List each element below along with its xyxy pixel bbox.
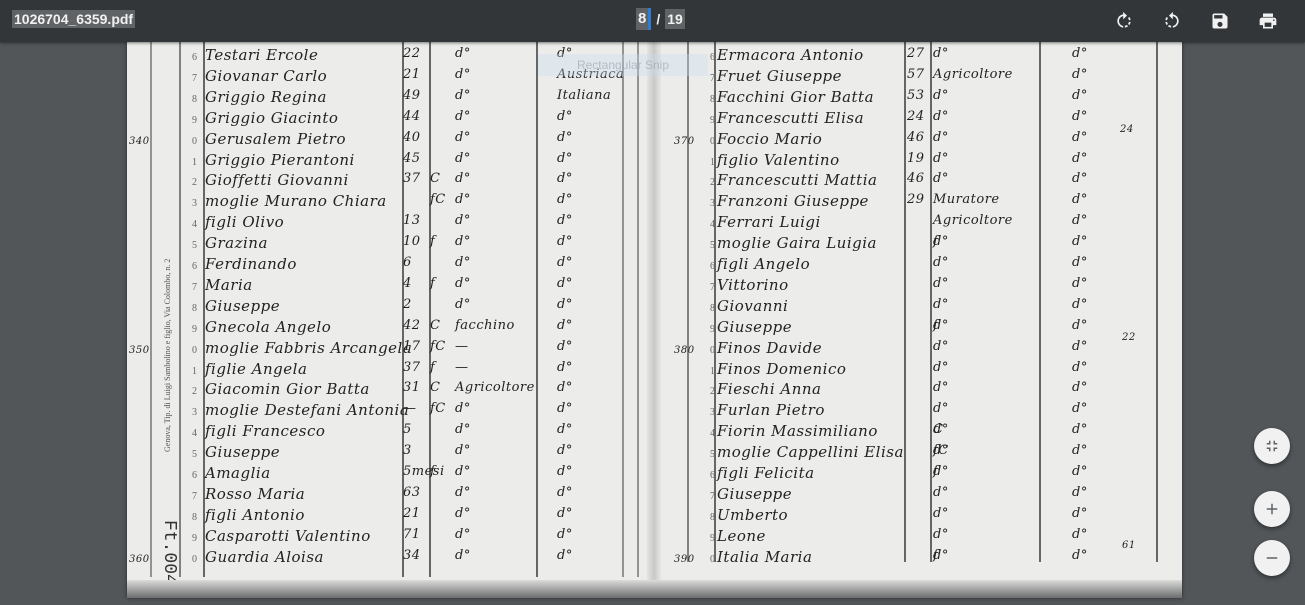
person-nationality: d° bbox=[1072, 67, 1088, 82]
person-age: 49 bbox=[403, 88, 421, 103]
document-title: 1026704_6359.pdf bbox=[12, 10, 135, 28]
row-number: 0 bbox=[693, 554, 715, 565]
person-nationality: d° bbox=[557, 527, 573, 542]
person-nationality: d° bbox=[1072, 255, 1088, 270]
person-age: 45 bbox=[403, 151, 421, 166]
person-age: 46 bbox=[907, 130, 925, 145]
row-range-marker: 340 bbox=[129, 136, 150, 147]
person-occupation: d° bbox=[455, 46, 471, 61]
person-sex-marital: fC bbox=[430, 192, 446, 207]
row-number: 5 bbox=[175, 240, 197, 251]
person-nationality: d° bbox=[1072, 318, 1088, 333]
person-occupation: d° bbox=[455, 548, 471, 563]
person-occupation: d° bbox=[933, 234, 949, 249]
rule-line bbox=[1039, 42, 1041, 562]
person-nationality: d° bbox=[557, 485, 573, 500]
person-nationality: d° bbox=[1072, 130, 1088, 145]
person-age: 21 bbox=[403, 67, 421, 82]
person-occupation: d° bbox=[933, 318, 949, 333]
person-name: Gnecola Angelo bbox=[205, 318, 331, 336]
person-occupation: d° bbox=[933, 548, 949, 563]
person-nationality: d° bbox=[1072, 234, 1088, 249]
person-name: Leone bbox=[717, 527, 766, 545]
person-name: figlie Angela bbox=[205, 360, 307, 378]
row-number: 0 bbox=[693, 136, 715, 147]
row-number: 6 bbox=[693, 470, 715, 481]
person-occupation: d° bbox=[455, 276, 471, 291]
person-sex-marital: fC bbox=[430, 339, 446, 354]
person-nationality: d° bbox=[1072, 380, 1088, 395]
person-nationality: d° bbox=[1072, 171, 1088, 186]
person-occupation: d° bbox=[455, 192, 471, 207]
person-name: Umberto bbox=[717, 506, 788, 524]
person-nationality: d° bbox=[1072, 213, 1088, 228]
person-nationality: d° bbox=[557, 297, 573, 312]
person-occupation: d° bbox=[455, 443, 471, 458]
minus-icon bbox=[1263, 549, 1281, 567]
person-age: 17 bbox=[403, 339, 421, 354]
person-name: Furlan Pietro bbox=[717, 401, 825, 419]
person-nationality: d° bbox=[1072, 88, 1088, 103]
person-occupation: d° bbox=[455, 485, 471, 500]
person-occupation: d° bbox=[455, 255, 471, 270]
person-nationality: d° bbox=[557, 151, 573, 166]
person-nationality: d° bbox=[557, 339, 573, 354]
pdf-page: Genova, Tip. di Luigi Sambolino e figlio… bbox=[127, 42, 1182, 598]
person-nationality: d° bbox=[557, 213, 573, 228]
person-age: 22 bbox=[403, 46, 421, 61]
person-name: figli Felicita bbox=[717, 464, 815, 482]
row-range-marker: 350 bbox=[129, 345, 150, 356]
person-sex-marital: f bbox=[430, 464, 435, 479]
rotate-cw-icon bbox=[1114, 11, 1134, 31]
person-nationality: d° bbox=[557, 506, 573, 521]
person-occupation: d° bbox=[455, 422, 471, 437]
person-occupation: d° bbox=[455, 130, 471, 145]
person-occupation: d° bbox=[455, 171, 471, 186]
person-name: Finos Davide bbox=[717, 339, 822, 357]
current-page-input[interactable]: 8 bbox=[636, 8, 648, 30]
person-name: Ferrari Luigi bbox=[717, 213, 821, 231]
person-nationality: d° bbox=[557, 464, 573, 479]
person-age: 40 bbox=[403, 130, 421, 145]
rotate-counterclockwise-button[interactable] bbox=[1159, 8, 1185, 34]
person-name: Ermacora Antonio bbox=[717, 46, 864, 64]
person-occupation: d° bbox=[933, 443, 949, 458]
person-name: figli Francesco bbox=[205, 422, 325, 440]
person-nationality: d° bbox=[557, 380, 573, 395]
row-number: 9 bbox=[175, 324, 197, 335]
person-age: 53 bbox=[907, 88, 925, 103]
fit-page-icon bbox=[1263, 437, 1281, 455]
page-gutter bbox=[647, 42, 661, 598]
person-nationality: d° bbox=[557, 192, 573, 207]
person-name: Guardia Aloisa bbox=[205, 548, 324, 566]
rule-line bbox=[150, 42, 152, 577]
print-icon bbox=[1258, 11, 1278, 31]
person-age: 10 bbox=[403, 234, 421, 249]
row-number: 7 bbox=[693, 282, 715, 293]
row-number: 8 bbox=[175, 94, 197, 105]
person-name: moglie Destefani Antonia bbox=[205, 401, 409, 419]
person-nationality: d° bbox=[1072, 109, 1088, 124]
person-name: Fruet Giuseppe bbox=[717, 67, 842, 85]
person-name: Griggio Regina bbox=[205, 88, 327, 106]
person-sex-marital: C bbox=[430, 171, 440, 186]
person-name: Fiorin Massimiliano bbox=[717, 422, 878, 440]
person-nationality: d° bbox=[1072, 485, 1088, 500]
save-icon bbox=[1210, 11, 1230, 31]
person-age: 37 bbox=[403, 171, 421, 186]
person-name: Gerusalem Pietro bbox=[205, 130, 346, 148]
person-occupation: d° bbox=[933, 464, 949, 479]
person-occupation: d° bbox=[933, 297, 949, 312]
person-occupation: d° bbox=[933, 88, 949, 103]
person-occupation: Agricoltore bbox=[455, 380, 535, 395]
row-number: 3 bbox=[693, 198, 715, 209]
person-sex-marital: C bbox=[430, 318, 440, 333]
rule-line bbox=[687, 42, 689, 562]
page-separator: / bbox=[656, 11, 660, 27]
person-nationality: d° bbox=[1072, 401, 1088, 416]
plus-icon bbox=[1263, 500, 1281, 518]
person-sex-marital: f bbox=[430, 276, 435, 291]
person-age: 63 bbox=[403, 485, 421, 500]
snip-overlay: Rectangular Snip bbox=[538, 54, 708, 76]
person-occupation: Agricoltore bbox=[933, 213, 1013, 228]
person-name: Foccio Mario bbox=[717, 130, 822, 148]
person-nationality: d° bbox=[1072, 527, 1088, 542]
person-name: Rosso Maria bbox=[205, 485, 305, 503]
person-age: 46 bbox=[907, 171, 925, 186]
person-name: figli Antonio bbox=[205, 506, 305, 524]
person-nationality: d° bbox=[1072, 360, 1088, 375]
row-number: 4 bbox=[693, 219, 715, 230]
person-occupation: d° bbox=[455, 88, 471, 103]
row-number: 1 bbox=[693, 157, 715, 168]
person-nationality: d° bbox=[557, 255, 573, 270]
fit-to-page-button[interactable] bbox=[1254, 428, 1290, 464]
row-number: 8 bbox=[693, 512, 715, 523]
margin-note: 22 bbox=[1122, 332, 1136, 343]
person-name: Finos Domenico bbox=[717, 360, 846, 378]
person-name: figli Olivo bbox=[205, 213, 284, 231]
row-number: 6 bbox=[175, 261, 197, 272]
row-number: 6 bbox=[693, 261, 715, 272]
person-occupation: d° bbox=[455, 297, 471, 312]
person-name: Francescutti Elisa bbox=[717, 109, 864, 127]
person-occupation: d° bbox=[933, 171, 949, 186]
zoom-in-button[interactable] bbox=[1254, 491, 1290, 527]
row-number: 2 bbox=[175, 177, 197, 188]
person-occupation: d° bbox=[933, 380, 949, 395]
person-nationality: d° bbox=[1072, 192, 1088, 207]
person-occupation: d° bbox=[455, 234, 471, 249]
person-nationality: d° bbox=[557, 443, 573, 458]
row-number: 8 bbox=[175, 303, 197, 314]
person-sex-marital: C bbox=[430, 380, 440, 395]
rotate-clockwise-button[interactable] bbox=[1111, 8, 1137, 34]
person-age: 6 bbox=[403, 255, 412, 270]
person-occupation: — bbox=[455, 360, 469, 375]
person-nationality: d° bbox=[557, 234, 573, 249]
person-name: Maria bbox=[205, 276, 253, 294]
person-name: moglie Cappellini Elisa bbox=[717, 443, 904, 461]
person-age: 44 bbox=[403, 109, 421, 124]
person-nationality: d° bbox=[557, 360, 573, 375]
person-age: 2 bbox=[403, 297, 412, 312]
rule-line bbox=[536, 42, 538, 577]
margin-note: 61 bbox=[1122, 540, 1136, 551]
person-occupation: d° bbox=[933, 255, 949, 270]
person-occupation: d° bbox=[455, 67, 471, 82]
total-pages: 19 bbox=[665, 9, 685, 29]
person-name: Giuseppe bbox=[205, 297, 280, 315]
person-name: Giovanar Carlo bbox=[205, 67, 327, 85]
row-range-marker: 360 bbox=[129, 554, 150, 565]
row-number: 3 bbox=[693, 407, 715, 418]
rule-line bbox=[1156, 42, 1158, 562]
row-number: 4 bbox=[693, 428, 715, 439]
row-number: 9 bbox=[175, 115, 197, 126]
person-age: 27 bbox=[907, 46, 925, 61]
person-name: moglie Murano Chiara bbox=[205, 192, 387, 210]
person-nationality: d° bbox=[1072, 276, 1088, 291]
person-nationality: d° bbox=[557, 171, 573, 186]
person-age: 19 bbox=[907, 151, 925, 166]
row-number: 5 bbox=[693, 240, 715, 251]
person-name: moglie Fabbris Arcangela bbox=[205, 339, 412, 357]
row-number: 5 bbox=[693, 449, 715, 460]
person-name: Giuseppe bbox=[717, 485, 792, 503]
person-age: 42 bbox=[403, 318, 421, 333]
person-nationality: d° bbox=[1072, 464, 1088, 479]
person-age: 24 bbox=[907, 109, 925, 124]
row-number: 5 bbox=[175, 449, 197, 460]
person-name: Giuseppe bbox=[717, 318, 792, 336]
person-occupation: d° bbox=[933, 422, 949, 437]
person-sex-marital: f bbox=[430, 234, 435, 249]
person-nationality: d° bbox=[1072, 548, 1088, 563]
person-occupation: d° bbox=[455, 151, 471, 166]
row-number: 1 bbox=[693, 366, 715, 377]
person-nationality: d° bbox=[557, 401, 573, 416]
row-number: 1 bbox=[175, 366, 197, 377]
rule-line bbox=[930, 42, 932, 562]
person-occupation: d° bbox=[933, 360, 949, 375]
person-name: Italia Maria bbox=[717, 548, 812, 566]
person-age: 13 bbox=[403, 213, 421, 228]
person-nationality: d° bbox=[1072, 151, 1088, 166]
person-name: Amaglia bbox=[205, 464, 271, 482]
person-age: — bbox=[403, 401, 417, 416]
person-nationality: Italiana bbox=[557, 88, 611, 103]
person-occupation: Muratore bbox=[933, 192, 1000, 207]
rule-line bbox=[622, 42, 624, 577]
person-age: 34 bbox=[403, 548, 421, 563]
person-name: Fieschi Anna bbox=[717, 380, 822, 398]
person-nationality: d° bbox=[1072, 443, 1088, 458]
person-sex-marital: fC bbox=[430, 401, 446, 416]
row-number: 7 bbox=[175, 491, 197, 502]
row-number: 8 bbox=[175, 512, 197, 523]
person-occupation: d° bbox=[933, 485, 949, 500]
print-button[interactable] bbox=[1255, 8, 1281, 34]
person-name: Gioffetti Giovanni bbox=[205, 171, 349, 189]
person-name: moglie Gaira Luigia bbox=[717, 234, 877, 252]
person-age: 5 bbox=[403, 422, 412, 437]
person-name: Vittorino bbox=[717, 276, 789, 294]
person-occupation: d° bbox=[933, 401, 949, 416]
download-button[interactable] bbox=[1207, 8, 1233, 34]
person-age: 29 bbox=[907, 192, 925, 207]
person-nationality: d° bbox=[557, 318, 573, 333]
row-number: 6 bbox=[175, 52, 197, 63]
person-occupation: d° bbox=[933, 109, 949, 124]
person-name: figlio Valentino bbox=[717, 151, 840, 169]
person-name: figli Angelo bbox=[717, 255, 810, 273]
person-occupation: d° bbox=[455, 464, 471, 479]
row-number: 9 bbox=[693, 324, 715, 335]
row-range-marker: 390 bbox=[674, 554, 695, 565]
person-nationality: d° bbox=[1072, 339, 1088, 354]
row-number: 8 bbox=[693, 303, 715, 314]
row-number: 2 bbox=[693, 177, 715, 188]
rule-line bbox=[429, 42, 431, 577]
person-occupation: d° bbox=[933, 130, 949, 145]
row-range-marker: 380 bbox=[674, 345, 695, 356]
person-age: 71 bbox=[403, 527, 421, 542]
person-occupation: d° bbox=[455, 401, 471, 416]
row-number: 7 bbox=[175, 282, 197, 293]
row-number: 8 bbox=[693, 94, 715, 105]
person-nationality: d° bbox=[557, 422, 573, 437]
person-occupation: d° bbox=[455, 506, 471, 521]
person-name: Francescutti Mattia bbox=[717, 171, 877, 189]
person-occupation: d° bbox=[933, 506, 949, 521]
person-name: Griggio Pierantoni bbox=[205, 151, 355, 169]
person-name: Casparotti Valentino bbox=[205, 527, 371, 545]
person-nationality: d° bbox=[1072, 506, 1088, 521]
person-occupation: — bbox=[455, 339, 469, 354]
rule-line bbox=[904, 42, 906, 562]
person-name: Testari Ercole bbox=[205, 46, 318, 64]
rotate-ccw-icon bbox=[1162, 11, 1182, 31]
person-occupation: facchino bbox=[455, 318, 515, 333]
row-number: 2 bbox=[175, 386, 197, 397]
person-occupation: d° bbox=[933, 339, 949, 354]
person-occupation: d° bbox=[933, 151, 949, 166]
row-range-marker: 370 bbox=[674, 136, 695, 147]
person-age: 21 bbox=[403, 506, 421, 521]
person-nationality: d° bbox=[1072, 422, 1088, 437]
person-nationality: d° bbox=[557, 130, 573, 145]
rule-line bbox=[637, 42, 639, 577]
row-number: 9 bbox=[693, 533, 715, 544]
row-number: 0 bbox=[175, 345, 197, 356]
person-nationality: d° bbox=[557, 276, 573, 291]
person-nationality: d° bbox=[1072, 297, 1088, 312]
person-age: 31 bbox=[403, 380, 421, 395]
page-selector: 8 / 19 bbox=[636, 7, 685, 31]
person-sex-marital: f bbox=[430, 360, 435, 375]
zoom-out-button[interactable] bbox=[1254, 540, 1290, 576]
row-number: 0 bbox=[693, 345, 715, 356]
person-occupation: d° bbox=[455, 109, 471, 124]
page-bottom-edge bbox=[127, 580, 1182, 598]
row-number: 1 bbox=[175, 157, 197, 168]
row-number: 9 bbox=[693, 115, 715, 126]
row-number: 7 bbox=[693, 491, 715, 502]
person-name: Ferdinando bbox=[205, 255, 297, 273]
person-age: 5mesi bbox=[403, 464, 445, 479]
row-number: 9 bbox=[175, 533, 197, 544]
person-name: Facchini Gior Batta bbox=[717, 88, 874, 106]
row-number: 4 bbox=[175, 428, 197, 439]
person-age: 57 bbox=[907, 67, 925, 82]
printer-imprint: Genova, Tip. di Luigi Sambolino e figlio… bbox=[163, 259, 172, 452]
pdf-toolbar: 1026704_6359.pdf 8 / 19 bbox=[0, 0, 1305, 42]
person-name: Grazina bbox=[205, 234, 268, 252]
person-occupation: d° bbox=[933, 527, 949, 542]
person-occupation: d° bbox=[455, 213, 471, 228]
person-occupation: d° bbox=[933, 46, 949, 61]
row-number: 7 bbox=[175, 73, 197, 84]
row-number: 3 bbox=[175, 198, 197, 209]
person-nationality: d° bbox=[557, 109, 573, 124]
person-occupation: d° bbox=[455, 527, 471, 542]
person-occupation: d° bbox=[933, 276, 949, 291]
row-number: 0 bbox=[175, 554, 197, 565]
person-name: Giuseppe bbox=[205, 443, 280, 461]
person-age: 4 bbox=[403, 276, 412, 291]
row-number: 0 bbox=[175, 136, 197, 147]
margin-note: 24 bbox=[1120, 124, 1134, 135]
person-age: 3 bbox=[403, 443, 412, 458]
row-number: 6 bbox=[175, 470, 197, 481]
row-number: 3 bbox=[175, 407, 197, 418]
person-name: Griggio Giacinto bbox=[205, 109, 338, 127]
person-name: Giacomin Gior Batta bbox=[205, 380, 370, 398]
row-number: 4 bbox=[175, 219, 197, 230]
person-nationality: d° bbox=[1072, 46, 1088, 61]
person-nationality: d° bbox=[557, 548, 573, 563]
person-name: Giovanni bbox=[717, 297, 788, 315]
person-age: 37 bbox=[403, 360, 421, 375]
person-name: Franzoni Giuseppe bbox=[717, 192, 869, 210]
person-occupation: Agricoltore bbox=[933, 67, 1013, 82]
row-number: 2 bbox=[693, 386, 715, 397]
